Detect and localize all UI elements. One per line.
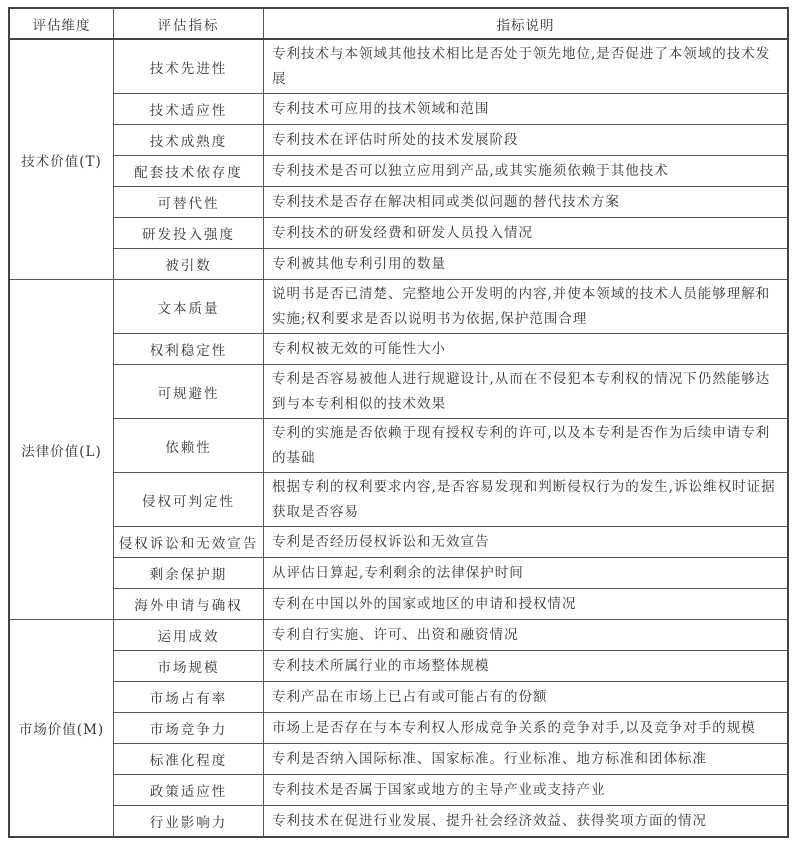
indicator-cell: 技术成熟度 — [114, 125, 264, 156]
indicator-cell: 技术先进性 — [114, 39, 264, 94]
description-cell: 专利技术在促进行业发展、提升社会经济效益、获得奖项方面的情况 — [264, 806, 789, 838]
indicator-cell: 剩余保护期 — [114, 558, 264, 589]
table-row: 技术价值(T)技术先进性专利技术与本领域其他技术相比是否处于领先地位,是否促进了… — [9, 39, 788, 94]
description-cell: 专利技术可应用的技术领域和范围 — [264, 94, 789, 125]
indicator-cell: 依赖性 — [114, 419, 264, 473]
indicator-cell: 海外申请与确权 — [114, 589, 264, 620]
indicator-cell: 市场竞争力 — [114, 713, 264, 744]
indicator-cell: 标准化程度 — [114, 744, 264, 775]
description-cell: 专利技术在评估时所处的技术发展阶段 — [264, 125, 789, 156]
table-header: 评估维度 评估指标 指标说明 — [9, 8, 788, 39]
table-row: 标准化程度专利是否纳入国际标准、国家标准。行业标准、地方标准和团体标准 — [9, 744, 788, 775]
description-cell: 专利是否经历侵权诉讼和无效宣告 — [264, 527, 789, 558]
table-row: 可规避性专利是否容易被他人进行规避设计,从而在不侵犯本专利权的情况下仍然能够达到… — [9, 365, 788, 419]
description-cell: 专利是否容易被他人进行规避设计,从而在不侵犯本专利权的情况下仍然能够达到与本专利… — [264, 365, 789, 419]
table-row: 法律价值(L)文本质量说明书是否已清楚、完整地公开发明的内容,并使本领域的技术人… — [9, 280, 788, 334]
indicator-cell: 权利稳定性 — [114, 334, 264, 365]
description-cell: 专利技术所属行业的市场整体规模 — [264, 651, 789, 682]
description-cell: 从评估日算起,专利剩余的法律保护时间 — [264, 558, 789, 589]
description-cell: 专利在中国以外的国家或地区的申请和授权情况 — [264, 589, 789, 620]
table-row: 政策适应性专利技术是否属于国家或地方的主导产业或支持产业 — [9, 775, 788, 806]
patent-evaluation-table: 评估维度 评估指标 指标说明 技术价值(T)技术先进性专利技术与本领域其他技术相… — [8, 7, 789, 838]
indicator-cell: 被引数 — [114, 249, 264, 280]
indicator-cell: 政策适应性 — [114, 775, 264, 806]
indicator-cell: 市场规模 — [114, 651, 264, 682]
table-row: 侵权诉讼和无效宣告专利是否经历侵权诉讼和无效宣告 — [9, 527, 788, 558]
indicator-cell: 可规避性 — [114, 365, 264, 419]
table-row: 技术适应性专利技术可应用的技术领域和范围 — [9, 94, 788, 125]
table-row: 市场竞争力市场上是否存在与本专利权人形成竞争关系的竞争对手,以及竞争对手的规模 — [9, 713, 788, 744]
dimension-cell: 市场价值(M) — [9, 620, 114, 838]
table-row: 权利稳定性专利权被无效的可能性大小 — [9, 334, 788, 365]
table-row: 行业影响力专利技术在促进行业发展、提升社会经济效益、获得奖项方面的情况 — [9, 806, 788, 838]
indicator-cell: 运用成效 — [114, 620, 264, 651]
description-cell: 专利的实施是否依赖于现有授权专利的许可,以及本专利是否作为后续申请专利的基础 — [264, 419, 789, 473]
description-cell: 专利权被无效的可能性大小 — [264, 334, 789, 365]
indicator-cell: 可替代性 — [114, 187, 264, 218]
indicator-cell: 配套技术依存度 — [114, 156, 264, 187]
indicator-cell: 侵权诉讼和无效宣告 — [114, 527, 264, 558]
header-description: 指标说明 — [264, 8, 789, 39]
dimension-cell: 法律价值(L) — [9, 280, 114, 620]
table-row: 技术成熟度专利技术在评估时所处的技术发展阶段 — [9, 125, 788, 156]
description-cell: 专利技术与本领域其他技术相比是否处于领先地位,是否促进了本领域的技术发展 — [264, 39, 789, 94]
table-row: 被引数专利被其他专利引用的数量 — [9, 249, 788, 280]
table-body: 技术价值(T)技术先进性专利技术与本领域其他技术相比是否处于领先地位,是否促进了… — [9, 39, 788, 837]
indicator-cell: 文本质量 — [114, 280, 264, 334]
table-row: 市场规模专利技术所属行业的市场整体规模 — [9, 651, 788, 682]
description-cell: 专利技术是否属于国家或地方的主导产业或支持产业 — [264, 775, 789, 806]
description-cell: 专利被其他专利引用的数量 — [264, 249, 789, 280]
description-cell: 根据专利的权利要求内容,是否容易发现和判断侵权行为的发生,诉讼维权时证据获取是否… — [264, 473, 789, 527]
description-cell: 专利产品在市场上已占有或可能占有的份额 — [264, 682, 789, 713]
description-cell: 专利技术的研发经费和研发人员投入情况 — [264, 218, 789, 249]
indicator-cell: 市场占有率 — [114, 682, 264, 713]
description-cell: 说明书是否已清楚、完整地公开发明的内容,并使本领域的技术人员能够理解和实施;权利… — [264, 280, 789, 334]
description-cell: 市场上是否存在与本专利权人形成竞争关系的竞争对手,以及竞争对手的规模 — [264, 713, 789, 744]
header-dimension: 评估维度 — [9, 8, 114, 39]
table-row: 研发投入强度专利技术的研发经费和研发人员投入情况 — [9, 218, 788, 249]
description-cell: 专利是否纳入国际标准、国家标准。行业标准、地方标准和团体标准 — [264, 744, 789, 775]
indicator-cell: 研发投入强度 — [114, 218, 264, 249]
dimension-cell: 技术价值(T) — [9, 39, 114, 280]
description-cell: 专利技术是否可以独立应用到产品,或其实施须依赖于其他技术 — [264, 156, 789, 187]
table-row: 侵权可判定性根据专利的权利要求内容,是否容易发现和判断侵权行为的发生,诉讼维权时… — [9, 473, 788, 527]
table-row: 配套技术依存度专利技术是否可以独立应用到产品,或其实施须依赖于其他技术 — [9, 156, 788, 187]
indicator-cell: 行业影响力 — [114, 806, 264, 838]
description-cell: 专利自行实施、许可、出资和融资情况 — [264, 620, 789, 651]
table-row: 海外申请与确权专利在中国以外的国家或地区的申请和授权情况 — [9, 589, 788, 620]
table-row: 市场占有率专利产品在市场上已占有或可能占有的份额 — [9, 682, 788, 713]
description-cell: 专利技术是否存在解决相同或类似问题的替代技术方案 — [264, 187, 789, 218]
indicator-cell: 侵权可判定性 — [114, 473, 264, 527]
table-row: 依赖性专利的实施是否依赖于现有授权专利的许可,以及本专利是否作为后续申请专利的基… — [9, 419, 788, 473]
header-indicator: 评估指标 — [114, 8, 264, 39]
table-row: 市场价值(M)运用成效专利自行实施、许可、出资和融资情况 — [9, 620, 788, 651]
table-row: 可替代性专利技术是否存在解决相同或类似问题的替代技术方案 — [9, 187, 788, 218]
indicator-cell: 技术适应性 — [114, 94, 264, 125]
table-row: 剩余保护期从评估日算起,专利剩余的法律保护时间 — [9, 558, 788, 589]
